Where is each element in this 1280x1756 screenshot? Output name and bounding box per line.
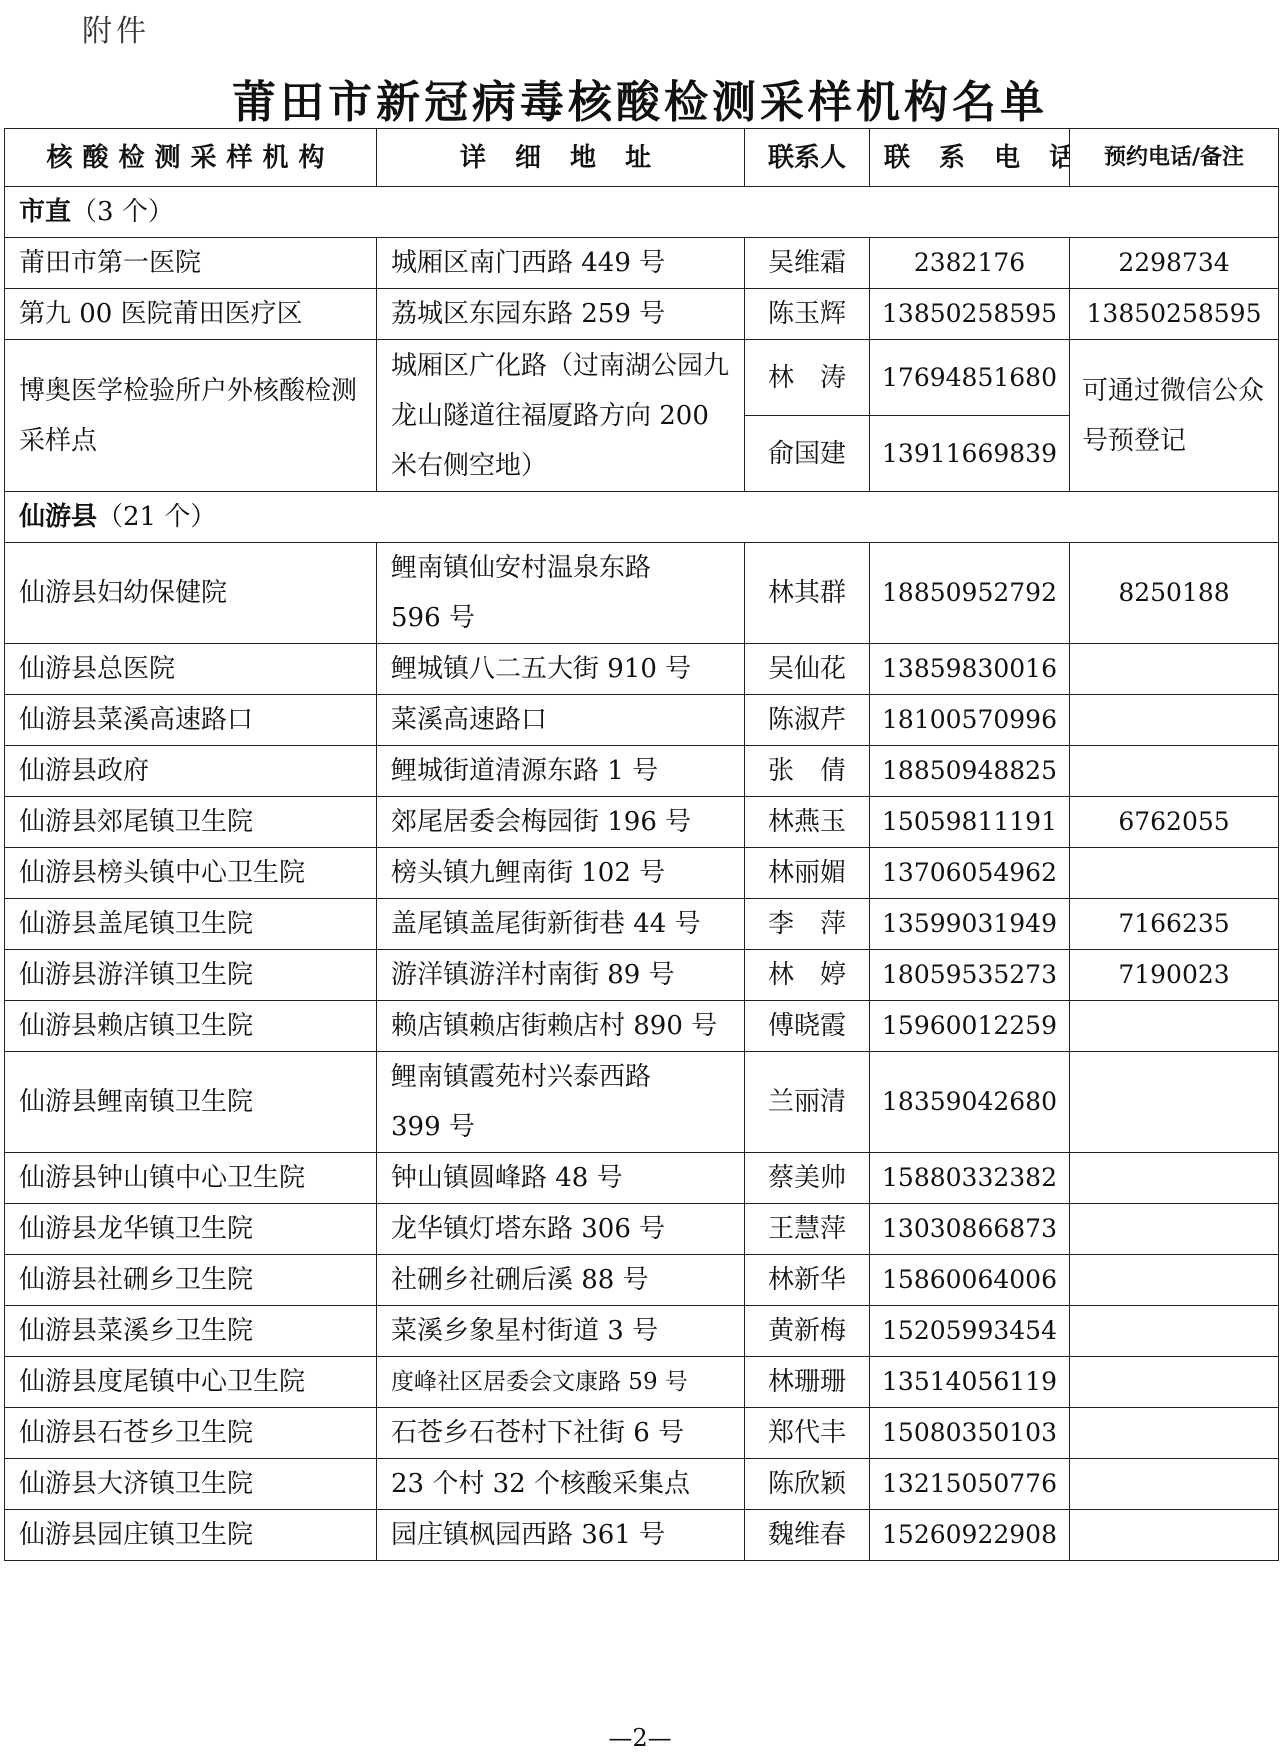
phone-cell: 13030866873 [870, 1204, 1070, 1255]
table-row: 仙游县盖尾镇卫生院盖尾镇盖尾街新街巷 44 号李 萍13599031949716… [5, 899, 1279, 950]
contact-cell: 陈玉辉 [745, 289, 870, 340]
address-cell: 社硎乡社硎后溪 88 号 [377, 1255, 745, 1306]
address-cell: 游洋镇游洋村南街 89 号 [377, 950, 745, 1001]
contact-cell: 兰丽清 [745, 1052, 870, 1153]
contact-cell: 张 倩 [745, 746, 870, 797]
note-cell: 8250188 [1070, 543, 1279, 644]
phone-cell: 15860064006 [870, 1255, 1070, 1306]
phone-cell: 15205993454 [870, 1306, 1070, 1357]
section-name: 仙游县 [19, 502, 97, 532]
contact-cell: 蔡美帅 [745, 1153, 870, 1204]
table-row: 第九 00 医院莆田医疗区荔城区东园东路 259 号陈玉辉13850258595… [5, 289, 1279, 340]
address-cell: 郊尾居委会梅园街 196 号 [377, 797, 745, 848]
address-cell: 城厢区南门西路 449 号 [377, 238, 745, 289]
note-cell [1070, 1001, 1279, 1052]
table-row: 仙游县游洋镇卫生院游洋镇游洋村南街 89 号林 婷180595352737190… [5, 950, 1279, 1001]
page-number: —2— [0, 1724, 1280, 1752]
contact-cell: 林其群 [745, 543, 870, 644]
phone-cell: 2382176 [870, 238, 1070, 289]
address-cell: 菜溪高速路口 [377, 695, 745, 746]
org-cell: 博奥医学检验所户外核酸检测采样点 [5, 340, 377, 492]
org-cell: 仙游县龙华镇卫生院 [5, 1204, 377, 1255]
org-cell: 第九 00 医院莆田医疗区 [5, 289, 377, 340]
contact-cell: 林燕玉 [745, 797, 870, 848]
contact-cell: 吴仙花 [745, 644, 870, 695]
section-header-row: 市直（3 个） [5, 187, 1279, 238]
org-cell: 仙游县妇幼保健院 [5, 543, 377, 644]
section-header-row: 仙游县（21 个） [5, 492, 1279, 543]
org-cell: 仙游县盖尾镇卫生院 [5, 899, 377, 950]
note-cell [1070, 695, 1279, 746]
address-cell: 23 个村 32 个核酸采集点 [377, 1459, 745, 1510]
note-cell [1070, 1408, 1279, 1459]
org-cell: 仙游县石苍乡卫生院 [5, 1408, 377, 1459]
note-cell [1070, 746, 1279, 797]
phone-cell: 18059535273 [870, 950, 1070, 1001]
note-cell: 2298734 [1070, 238, 1279, 289]
contact-cell: 林丽媚 [745, 848, 870, 899]
org-cell: 仙游县园庄镇卫生院 [5, 1510, 377, 1561]
table-row: 仙游县政府鲤城街道清源东路 1 号张 倩18850948825 [5, 746, 1279, 797]
address-cell: 盖尾镇盖尾街新街巷 44 号 [377, 899, 745, 950]
section-header: 仙游县（21 个） [5, 492, 1279, 543]
org-cell: 仙游县菜溪乡卫生院 [5, 1306, 377, 1357]
address-cell: 菜溪乡象星村街道 3 号 [377, 1306, 745, 1357]
contact-cell: 陈淑芹 [745, 695, 870, 746]
section-count: （21 个） [97, 502, 216, 532]
contact-cell: 林珊珊 [745, 1357, 870, 1408]
table-row: 仙游县龙华镇卫生院龙华镇灯塔东路 306 号王慧萍13030866873 [5, 1204, 1279, 1255]
contact-cell: 黄新梅 [745, 1306, 870, 1357]
note-cell [1070, 1357, 1279, 1408]
note-cell: 13850258595 [1070, 289, 1279, 340]
note-cell [1070, 1510, 1279, 1561]
table-row: 仙游县妇幼保健院鲤南镇仙安村温泉东路 596 号林其群1885095279282… [5, 543, 1279, 644]
note-cell [1070, 1306, 1279, 1357]
note-cell [1070, 848, 1279, 899]
contact-cell: 林 涛 [745, 340, 870, 416]
table-row: 仙游县钟山镇中心卫生院钟山镇圆峰路 48 号蔡美帅15880332382 [5, 1153, 1279, 1204]
org-cell: 仙游县鲤南镇卫生院 [5, 1052, 377, 1153]
note-cell [1070, 1255, 1279, 1306]
phone-cell: 15059811191 [870, 797, 1070, 848]
org-cell: 仙游县大济镇卫生院 [5, 1459, 377, 1510]
contact-cell: 林 婷 [745, 950, 870, 1001]
column-header-org: 核酸检测采样机构 [5, 129, 377, 187]
table-row: 仙游县榜头镇中心卫生院榜头镇九鲤南街 102 号林丽媚13706054962 [5, 848, 1279, 899]
address-cell: 度峰社区居委会文康路 59 号 [377, 1357, 745, 1408]
table-row: 仙游县菜溪乡卫生院菜溪乡象星村街道 3 号黄新梅15205993454 [5, 1306, 1279, 1357]
section-header: 市直（3 个） [5, 187, 1279, 238]
org-cell: 仙游县菜溪高速路口 [5, 695, 377, 746]
phone-cell: 13215050776 [870, 1459, 1070, 1510]
table-row: 仙游县大济镇卫生院23 个村 32 个核酸采集点陈欣颖13215050776 [5, 1459, 1279, 1510]
contact-cell: 李 萍 [745, 899, 870, 950]
address-cell: 园庄镇枫园西路 361 号 [377, 1510, 745, 1561]
phone-cell: 13911669839 [870, 416, 1070, 492]
address-cell: 鲤南镇仙安村温泉东路 596 号 [377, 543, 745, 644]
attachment-label: 附件 [82, 6, 150, 50]
org-cell: 仙游县榜头镇中心卫生院 [5, 848, 377, 899]
address-cell: 赖店镇赖店街赖店村 890 号 [377, 1001, 745, 1052]
table-row: 仙游县园庄镇卫生院园庄镇枫园西路 361 号魏维春15260922908 [5, 1510, 1279, 1561]
phone-cell: 13514056119 [870, 1357, 1070, 1408]
phone-cell: 18100570996 [870, 695, 1070, 746]
address-cell: 龙华镇灯塔东路 306 号 [377, 1204, 745, 1255]
org-cell: 仙游县钟山镇中心卫生院 [5, 1153, 377, 1204]
column-header-address: 详 细 地 址 [377, 129, 745, 187]
phone-cell: 18850952792 [870, 543, 1070, 644]
section-count: （3 个） [71, 197, 174, 227]
contact-cell: 郑代丰 [745, 1408, 870, 1459]
table-row: 仙游县菜溪高速路口菜溪高速路口陈淑芹18100570996 [5, 695, 1279, 746]
phone-cell: 15880332382 [870, 1153, 1070, 1204]
address-cell: 鲤城镇八二五大街 910 号 [377, 644, 745, 695]
note-cell [1070, 1204, 1279, 1255]
table-row: 莆田市第一医院城厢区南门西路 449 号吴维霜23821762298734 [5, 238, 1279, 289]
section-name: 市直 [19, 197, 71, 227]
org-cell: 仙游县总医院 [5, 644, 377, 695]
address-cell: 鲤南镇霞苑村兴泰西路 399 号 [377, 1052, 745, 1153]
table-row: 仙游县度尾镇中心卫生院度峰社区居委会文康路 59 号林珊珊13514056119 [5, 1357, 1279, 1408]
address-cell: 榜头镇九鲤南街 102 号 [377, 848, 745, 899]
table-row: 仙游县总医院鲤城镇八二五大街 910 号吴仙花13859830016 [5, 644, 1279, 695]
org-cell: 仙游县政府 [5, 746, 377, 797]
org-cell: 仙游县赖店镇卫生院 [5, 1001, 377, 1052]
table-header-row: 核酸检测采样机构 详 细 地 址 联系人 联 系 电 话 预约电话/备注 [5, 129, 1279, 187]
phone-cell: 15260922908 [870, 1510, 1070, 1561]
org-cell: 仙游县郊尾镇卫生院 [5, 797, 377, 848]
note-cell: 7166235 [1070, 899, 1279, 950]
note-cell: 可通过微信公众号预登记 [1070, 340, 1279, 492]
address-cell: 鲤城街道清源东路 1 号 [377, 746, 745, 797]
org-cell: 仙游县游洋镇卫生院 [5, 950, 377, 1001]
contact-cell: 王慧萍 [745, 1204, 870, 1255]
table-row: 仙游县鲤南镇卫生院鲤南镇霞苑村兴泰西路 399 号兰丽清18359042680 [5, 1052, 1279, 1153]
contact-cell: 俞国建 [745, 416, 870, 492]
table-row: 仙游县赖店镇卫生院赖店镇赖店街赖店村 890 号傅晓霞15960012259 [5, 1001, 1279, 1052]
contact-cell: 魏维春 [745, 1510, 870, 1561]
phone-cell: 18850948825 [870, 746, 1070, 797]
note-cell [1070, 644, 1279, 695]
column-header-note: 预约电话/备注 [1070, 129, 1279, 187]
table-row: 仙游县郊尾镇卫生院郊尾居委会梅园街 196 号林燕玉15059811191676… [5, 797, 1279, 848]
table-row: 仙游县社硎乡卫生院社硎乡社硎后溪 88 号林新华15860064006 [5, 1255, 1279, 1306]
org-cell: 仙游县度尾镇中心卫生院 [5, 1357, 377, 1408]
sampling-institutions-table: 核酸检测采样机构 详 细 地 址 联系人 联 系 电 话 预约电话/备注 市直（… [4, 128, 1279, 1561]
contact-cell: 陈欣颖 [745, 1459, 870, 1510]
org-cell: 莆田市第一医院 [5, 238, 377, 289]
table-row: 仙游县石苍乡卫生院石苍乡石苍村下社街 6 号郑代丰15080350103 [5, 1408, 1279, 1459]
address-cell: 石苍乡石苍村下社街 6 号 [377, 1408, 745, 1459]
phone-cell: 17694851680 [870, 340, 1070, 416]
note-cell [1070, 1052, 1279, 1153]
note-cell [1070, 1153, 1279, 1204]
note-cell: 6762055 [1070, 797, 1279, 848]
phone-cell: 15080350103 [870, 1408, 1070, 1459]
note-cell [1070, 1459, 1279, 1510]
contact-cell: 林新华 [745, 1255, 870, 1306]
contact-cell: 傅晓霞 [745, 1001, 870, 1052]
document-title: 莆田市新冠病毒核酸检测采样机构名单 [0, 66, 1280, 130]
phone-cell: 13599031949 [870, 899, 1070, 950]
org-cell: 仙游县社硎乡卫生院 [5, 1255, 377, 1306]
column-header-phone: 联 系 电 话 [870, 129, 1070, 187]
phone-cell: 13850258595 [870, 289, 1070, 340]
phone-cell: 13706054962 [870, 848, 1070, 899]
table-row: 博奥医学检验所户外核酸检测采样点城厢区广化路（过南湖公园九龙山隧道往福厦路方向 … [5, 340, 1279, 416]
address-cell: 城厢区广化路（过南湖公园九龙山隧道往福厦路方向 200 米右侧空地） [377, 340, 745, 492]
phone-cell: 15960012259 [870, 1001, 1070, 1052]
note-cell: 7190023 [1070, 950, 1279, 1001]
contact-cell: 吴维霜 [745, 238, 870, 289]
address-cell: 钟山镇圆峰路 48 号 [377, 1153, 745, 1204]
column-header-contact: 联系人 [745, 129, 870, 187]
phone-cell: 13859830016 [870, 644, 1070, 695]
address-cell: 荔城区东园东路 259 号 [377, 289, 745, 340]
phone-cell: 18359042680 [870, 1052, 1070, 1153]
